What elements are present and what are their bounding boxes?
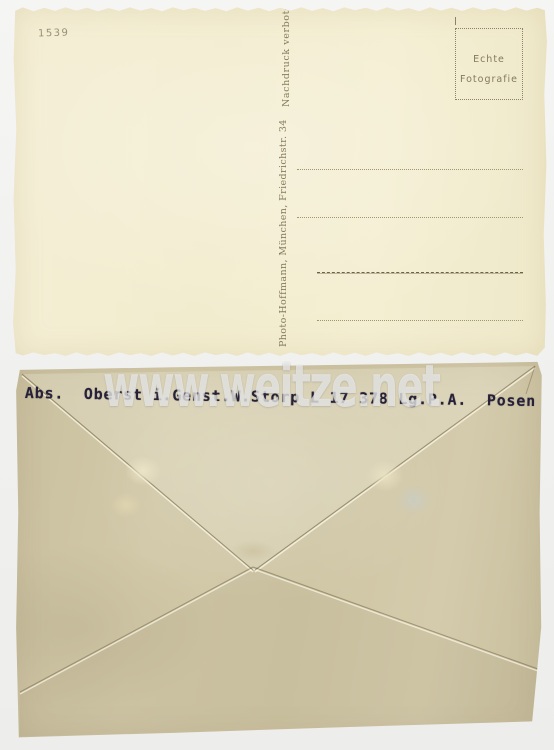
- paper-stain: [366, 460, 404, 492]
- postcard-back: 1539 Echte Fotografie Nachdruck verboten…: [12, 6, 548, 358]
- publisher-credit: Photo-Hoffmann, München, Friedrichstr. 3…: [278, 119, 289, 347]
- address-line: [317, 272, 523, 273]
- stamp-box-line1: Echte: [456, 50, 522, 70]
- paper-stain: [110, 492, 142, 518]
- stamp-box-tick: [455, 17, 456, 25]
- postcard-number: 1539: [38, 27, 70, 39]
- address-line: [297, 217, 523, 218]
- paper-stain: [125, 456, 161, 486]
- print-notice: Nachdruck verboten: [281, 0, 292, 107]
- envelope-flap-crease-lines: [14, 360, 546, 742]
- stamp-box-line2: Fotografie: [456, 70, 522, 90]
- envelope-back: Abs. Oberst i.Genst.W.Storp L 17 378 Lg.…: [14, 360, 546, 742]
- scan-of-postcard-and-envelope: 1539 Echte Fotografie Nachdruck verboten…: [0, 0, 554, 750]
- paper-stain: [230, 540, 276, 562]
- stamp-box: Echte Fotografie: [455, 28, 523, 100]
- address-line: [317, 320, 523, 321]
- address-line: [297, 169, 523, 170]
- paper-stain: [396, 484, 432, 516]
